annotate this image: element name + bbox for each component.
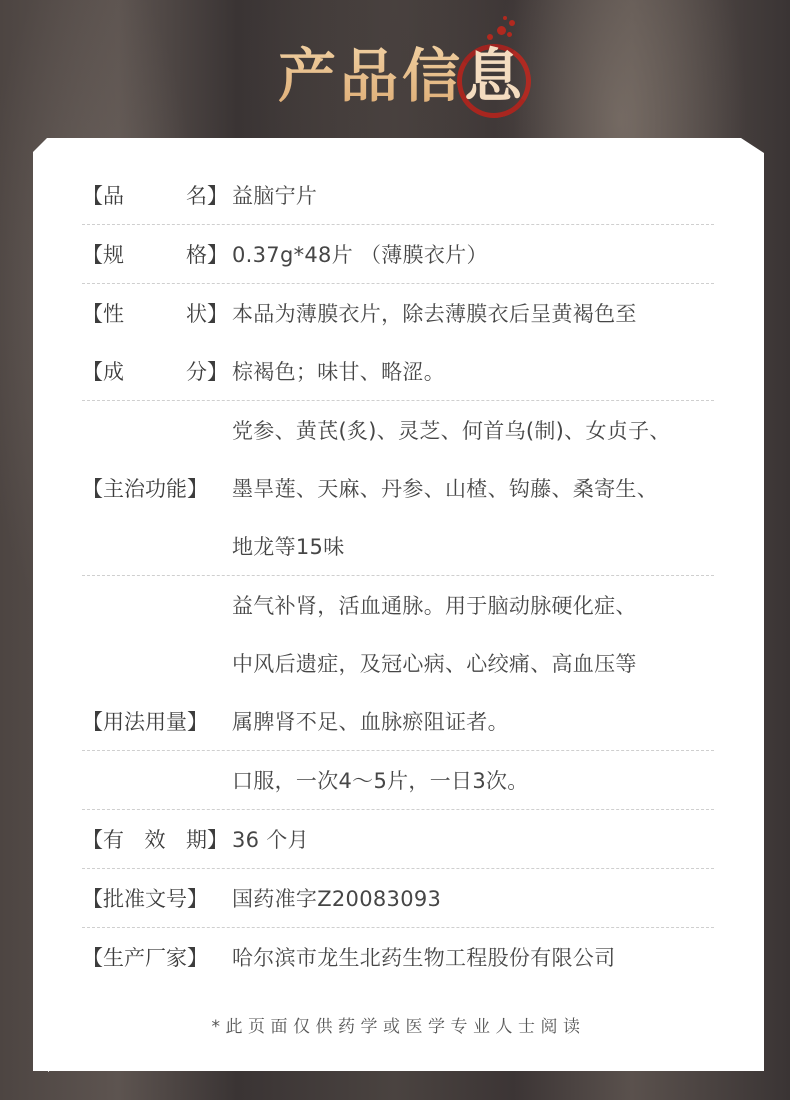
seal-splash-icon (509, 20, 515, 26)
field-value: 哈尔滨市龙生北药生物工程股份有限公司 (228, 942, 615, 972)
card-corner (33, 1057, 49, 1072)
field-value: 36 个月 (228, 824, 309, 854)
field-value: 地龙等15味 (228, 531, 345, 561)
title-char: 息 (464, 42, 524, 110)
info-row-spec: 【规 格】 0.37g*48片 （薄膜衣片） (82, 225, 714, 284)
info-row-dosage: 口服，一次4～5片，一日3次。 (82, 751, 714, 810)
info-row-name: 【品 名】 益脑宁片 (82, 166, 714, 225)
page-title: 产 品 信 息 (277, 36, 525, 116)
product-info-card: 【品 名】 益脑宁片 【规 格】 0.37g*48片 （薄膜衣片） 【性 状】 (33, 138, 764, 1071)
seal-splash-icon (487, 34, 493, 40)
field-label: 【批准文号】 (82, 883, 228, 913)
title-char-sealed: 息 (463, 36, 525, 116)
field-value: 中风后遗症，及冠心病、心绞痛、高血压等 (228, 648, 637, 678)
seal-splash-icon (497, 26, 506, 35)
field-value: 国药准字Z20083093 (228, 883, 441, 913)
title-char: 产 (277, 36, 339, 116)
field-label: 【主治功能】 (82, 473, 228, 503)
field-label: 【有 效 期】 (82, 824, 228, 854)
field-value: 墨旱莲、天麻、丹参、山楂、钩藤、桑寄生、 (228, 473, 658, 503)
field-value: 益脑宁片 (228, 180, 317, 210)
label-part: 格】 (186, 239, 228, 269)
info-row-approval-number: 【批准文号】 国药准字Z20083093 (82, 869, 714, 928)
seal-splash-icon (507, 32, 512, 37)
label-part: 效 (145, 824, 166, 854)
title-char: 信 (401, 36, 463, 116)
info-row-manufacturer: 【生产厂家】 哈尔滨市龙生北药生物工程股份有限公司 (82, 928, 714, 986)
label-part: 【用法用量】 (82, 706, 208, 736)
label-part: 【主治功能】 (82, 473, 208, 503)
product-info-table: 【品 名】 益脑宁片 【规 格】 0.37g*48片 （薄膜衣片） 【性 状】 (82, 166, 714, 986)
field-value: 属脾肾不足、血脉瘀阻证者。 (228, 706, 509, 736)
field-value: 口服，一次4～5片，一日3次。 (228, 765, 529, 795)
label-part: 【成 (82, 356, 124, 386)
seal-splash-icon (503, 16, 507, 20)
label-part: 期】 (186, 824, 228, 854)
label-part: 【规 (82, 239, 124, 269)
label-part: 【有 (82, 824, 124, 854)
label-part: 状】 (186, 298, 228, 328)
field-value: 本品为薄膜衣片，除去薄膜衣后呈黄褐色至 (228, 298, 637, 328)
field-label: 【成 分】 (82, 356, 228, 386)
field-label: 【规 格】 (82, 239, 228, 269)
label-part: 【品 (82, 180, 124, 210)
title-char: 品 (339, 36, 401, 116)
label-part: 【批准文号】 (82, 883, 208, 913)
field-label: 【品 名】 (82, 180, 228, 210)
field-value: 0.37g*48片 （薄膜衣片） (228, 239, 488, 269)
field-label: 【用法用量】 (82, 706, 228, 736)
label-part: 【生产厂家】 (82, 942, 208, 972)
label-part: 名】 (186, 180, 228, 210)
info-row-character-ingredients: 【性 状】 本品为薄膜衣片，除去薄膜衣后呈黄褐色至 【成 分】 棕褐色；味甘、略… (82, 284, 714, 401)
label-part: 分】 (186, 356, 228, 386)
field-label: 【性 状】 (82, 298, 228, 328)
field-value: 棕褐色；味甘、略涩。 (228, 356, 445, 386)
info-row-usage: 益气补肾，活血通脉。用于脑动脉硬化症、 中风后遗症，及冠心病、心绞痛、高血压等 … (82, 576, 714, 751)
info-row-indications: 党参、黄芪(炙)、灵芝、何首乌(制)、女贞子、 【主治功能】 墨旱莲、天麻、丹参… (82, 401, 714, 576)
disclaimer-footnote: *此页面仅供药学或医学专业人士阅读 (33, 1012, 764, 1037)
info-row-shelf-life: 【有 效 期】 36 个月 (82, 810, 714, 869)
field-value: 党参、黄芪(炙)、灵芝、何首乌(制)、女贞子、 (228, 415, 671, 445)
label-part: 【性 (82, 298, 124, 328)
field-value: 益气补肾，活血通脉。用于脑动脉硬化症、 (228, 590, 637, 620)
field-label: 【生产厂家】 (82, 942, 228, 972)
page-header: 产 品 信 息 (0, 36, 790, 116)
